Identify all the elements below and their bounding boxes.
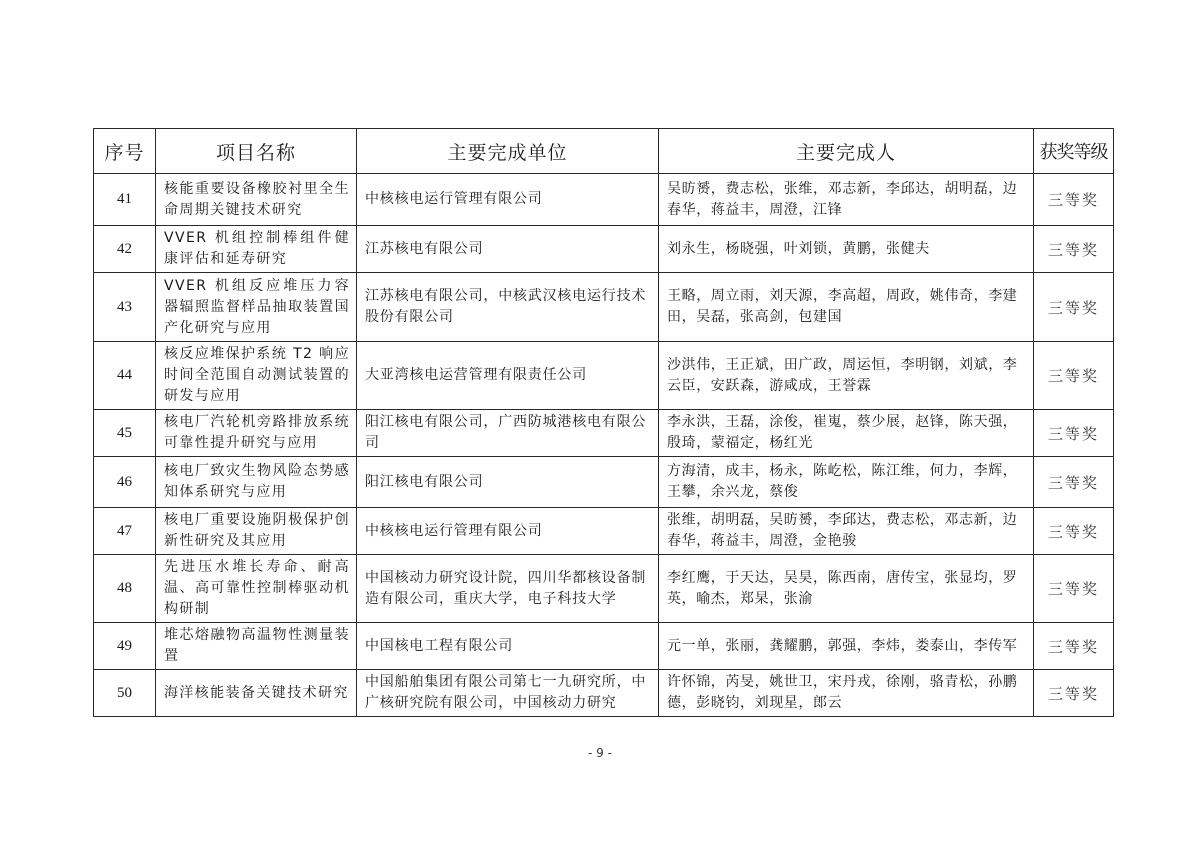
- row-number: 50: [94, 670, 156, 717]
- row-number: 49: [94, 623, 156, 670]
- row-number: 42: [94, 226, 156, 273]
- row-number: 45: [94, 410, 156, 457]
- header-project: 项目名称: [156, 129, 357, 174]
- table-row: 41 核能重要设备橡胶衬里全生命周期关键技术研究 中核核电运行管理有限公司 吴昉…: [94, 174, 1114, 226]
- header-seq: 序号: [94, 129, 156, 174]
- table-row: 43 VVER 机组反应堆压力容器辐照监督样品抽取装置国产化研究与应用 江苏核电…: [94, 273, 1114, 342]
- page-number: - 9 -: [0, 746, 1200, 760]
- project-name: VVER 机组反应堆压力容器辐照监督样品抽取装置国产化研究与应用: [156, 273, 357, 342]
- completing-people: 方海清，成丰，杨永，陈屹松，陈江维，何力，李辉，王攀，余兴龙，蔡俊: [659, 457, 1034, 508]
- row-number: 46: [94, 457, 156, 508]
- table-row: 47 核电厂重要设施阴极保护创新性研究及其应用 中核核电运行管理有限公司 张维，…: [94, 508, 1114, 555]
- project-name: 先进压水堆长寿命、耐高温、高可靠性控制棒驱动机构研制: [156, 555, 357, 623]
- completing-unit: 大亚湾核电运营管理有限责任公司: [357, 342, 659, 410]
- award-grade: 三等奖: [1034, 457, 1114, 508]
- completing-people: 吴昉赟，费志松，张维，邓志新，李邱达，胡明磊，边春华，蒋益丰，周澄，江锋: [659, 174, 1034, 226]
- completing-unit: 中核核电运行管理有限公司: [357, 508, 659, 555]
- award-grade: 三等奖: [1034, 342, 1114, 410]
- project-name: 核电厂重要设施阴极保护创新性研究及其应用: [156, 508, 357, 555]
- row-number: 44: [94, 342, 156, 410]
- project-name: 核能重要设备橡胶衬里全生命周期关键技术研究: [156, 174, 357, 226]
- completing-people: 李永洪，王磊，涂俊，崔嵬，蔡少展，赵锋，陈天强，殷琦，蒙福定，杨红光: [659, 410, 1034, 457]
- table-row: 44 核反应堆保护系统 T2 响应时间全范围自动测试装置的研发与应用 大亚湾核电…: [94, 342, 1114, 410]
- completing-unit: 中国船舶集团有限公司第七一九研究所，中广核研究院有限公司，中国核动力研究: [357, 670, 659, 717]
- header-grade: 获奖等级: [1034, 129, 1114, 174]
- completing-unit: 中国核电工程有限公司: [357, 623, 659, 670]
- row-number: 43: [94, 273, 156, 342]
- award-grade: 三等奖: [1034, 174, 1114, 226]
- completing-people: 王略，周立雨，刘天源，李高超，周政，姚伟奇，李建田，吴磊，张高剑，包建国: [659, 273, 1034, 342]
- completing-unit: 江苏核电有限公司，中核武汉核电运行技术股份有限公司: [357, 273, 659, 342]
- row-number: 48: [94, 555, 156, 623]
- table-row: 49 堆芯熔融物高温物性测量装置 中国核电工程有限公司 元一单，张丽，龚耀鹏，郭…: [94, 623, 1114, 670]
- award-grade: 三等奖: [1034, 508, 1114, 555]
- project-name: 核电厂致灾生物风险态势感知体系研究与应用: [156, 457, 357, 508]
- award-grade: 三等奖: [1034, 226, 1114, 273]
- completing-unit: 江苏核电有限公司: [357, 226, 659, 273]
- table-row: 48 先进压水堆长寿命、耐高温、高可靠性控制棒驱动机构研制 中国核动力研究设计院…: [94, 555, 1114, 623]
- completing-people: 元一单，张丽，龚耀鹏，郭强，李炜，娄泰山，李传军: [659, 623, 1034, 670]
- table-row: 46 核电厂致灾生物风险态势感知体系研究与应用 阳江核电有限公司 方海清，成丰，…: [94, 457, 1114, 508]
- row-number: 47: [94, 508, 156, 555]
- table-header-row: 序号 项目名称 主要完成单位 主要完成人 获奖等级: [94, 129, 1114, 174]
- completing-people: 李红鹰，于天达，吴昊，陈西南，唐传宝，张显均，罗英，喻杰，郑杲，张渝: [659, 555, 1034, 623]
- completing-people: 刘永生，杨晓强，叶刘锁，黄鹏，张健夫: [659, 226, 1034, 273]
- document-page: 序号 项目名称 主要完成单位 主要完成人 获奖等级 41 核能重要设备橡胶衬里全…: [0, 0, 1200, 848]
- completing-people: 许怀锦，芮旻，姚世卫，宋丹戎，徐刚，骆青松，孙鹏德，彭晓钧，刘现星，郎云: [659, 670, 1034, 717]
- award-grade: 三等奖: [1034, 623, 1114, 670]
- awards-table: 序号 项目名称 主要完成单位 主要完成人 获奖等级 41 核能重要设备橡胶衬里全…: [93, 128, 1114, 717]
- award-grade: 三等奖: [1034, 555, 1114, 623]
- table-row: 50 海洋核能装备关键技术研究 中国船舶集团有限公司第七一九研究所，中广核研究院…: [94, 670, 1114, 717]
- project-name: VVER 机组控制棒组件健康评估和延寿研究: [156, 226, 357, 273]
- table-row: 42 VVER 机组控制棒组件健康评估和延寿研究 江苏核电有限公司 刘永生，杨晓…: [94, 226, 1114, 273]
- table-row: 45 核电厂汽轮机旁路排放系统可靠性提升研究与应用 阳江核电有限公司，广西防城港…: [94, 410, 1114, 457]
- completing-unit: 阳江核电有限公司，广西防城港核电有限公司: [357, 410, 659, 457]
- completing-people: 张维，胡明磊，吴昉赟，李邱达，费志松，邓志新，边春华，蒋益丰，周澄，金艳骏: [659, 508, 1034, 555]
- completing-people: 沙洪伟，王正斌，田广政，周运恒，李明钢，刘斌，李云臣，安跃森，游咸成，王誉霖: [659, 342, 1034, 410]
- award-grade: 三等奖: [1034, 410, 1114, 457]
- project-name: 核电厂汽轮机旁路排放系统可靠性提升研究与应用: [156, 410, 357, 457]
- award-grade: 三等奖: [1034, 273, 1114, 342]
- completing-unit: 阳江核电有限公司: [357, 457, 659, 508]
- project-name: 堆芯熔融物高温物性测量装置: [156, 623, 357, 670]
- header-unit: 主要完成单位: [357, 129, 659, 174]
- completing-unit: 中核核电运行管理有限公司: [357, 174, 659, 226]
- row-number: 41: [94, 174, 156, 226]
- completing-unit: 中国核动力研究设计院，四川华都核设备制造有限公司，重庆大学，电子科技大学: [357, 555, 659, 623]
- header-people: 主要完成人: [659, 129, 1034, 174]
- project-name: 核反应堆保护系统 T2 响应时间全范围自动测试装置的研发与应用: [156, 342, 357, 410]
- award-grade: 三等奖: [1034, 670, 1114, 717]
- project-name: 海洋核能装备关键技术研究: [156, 670, 357, 717]
